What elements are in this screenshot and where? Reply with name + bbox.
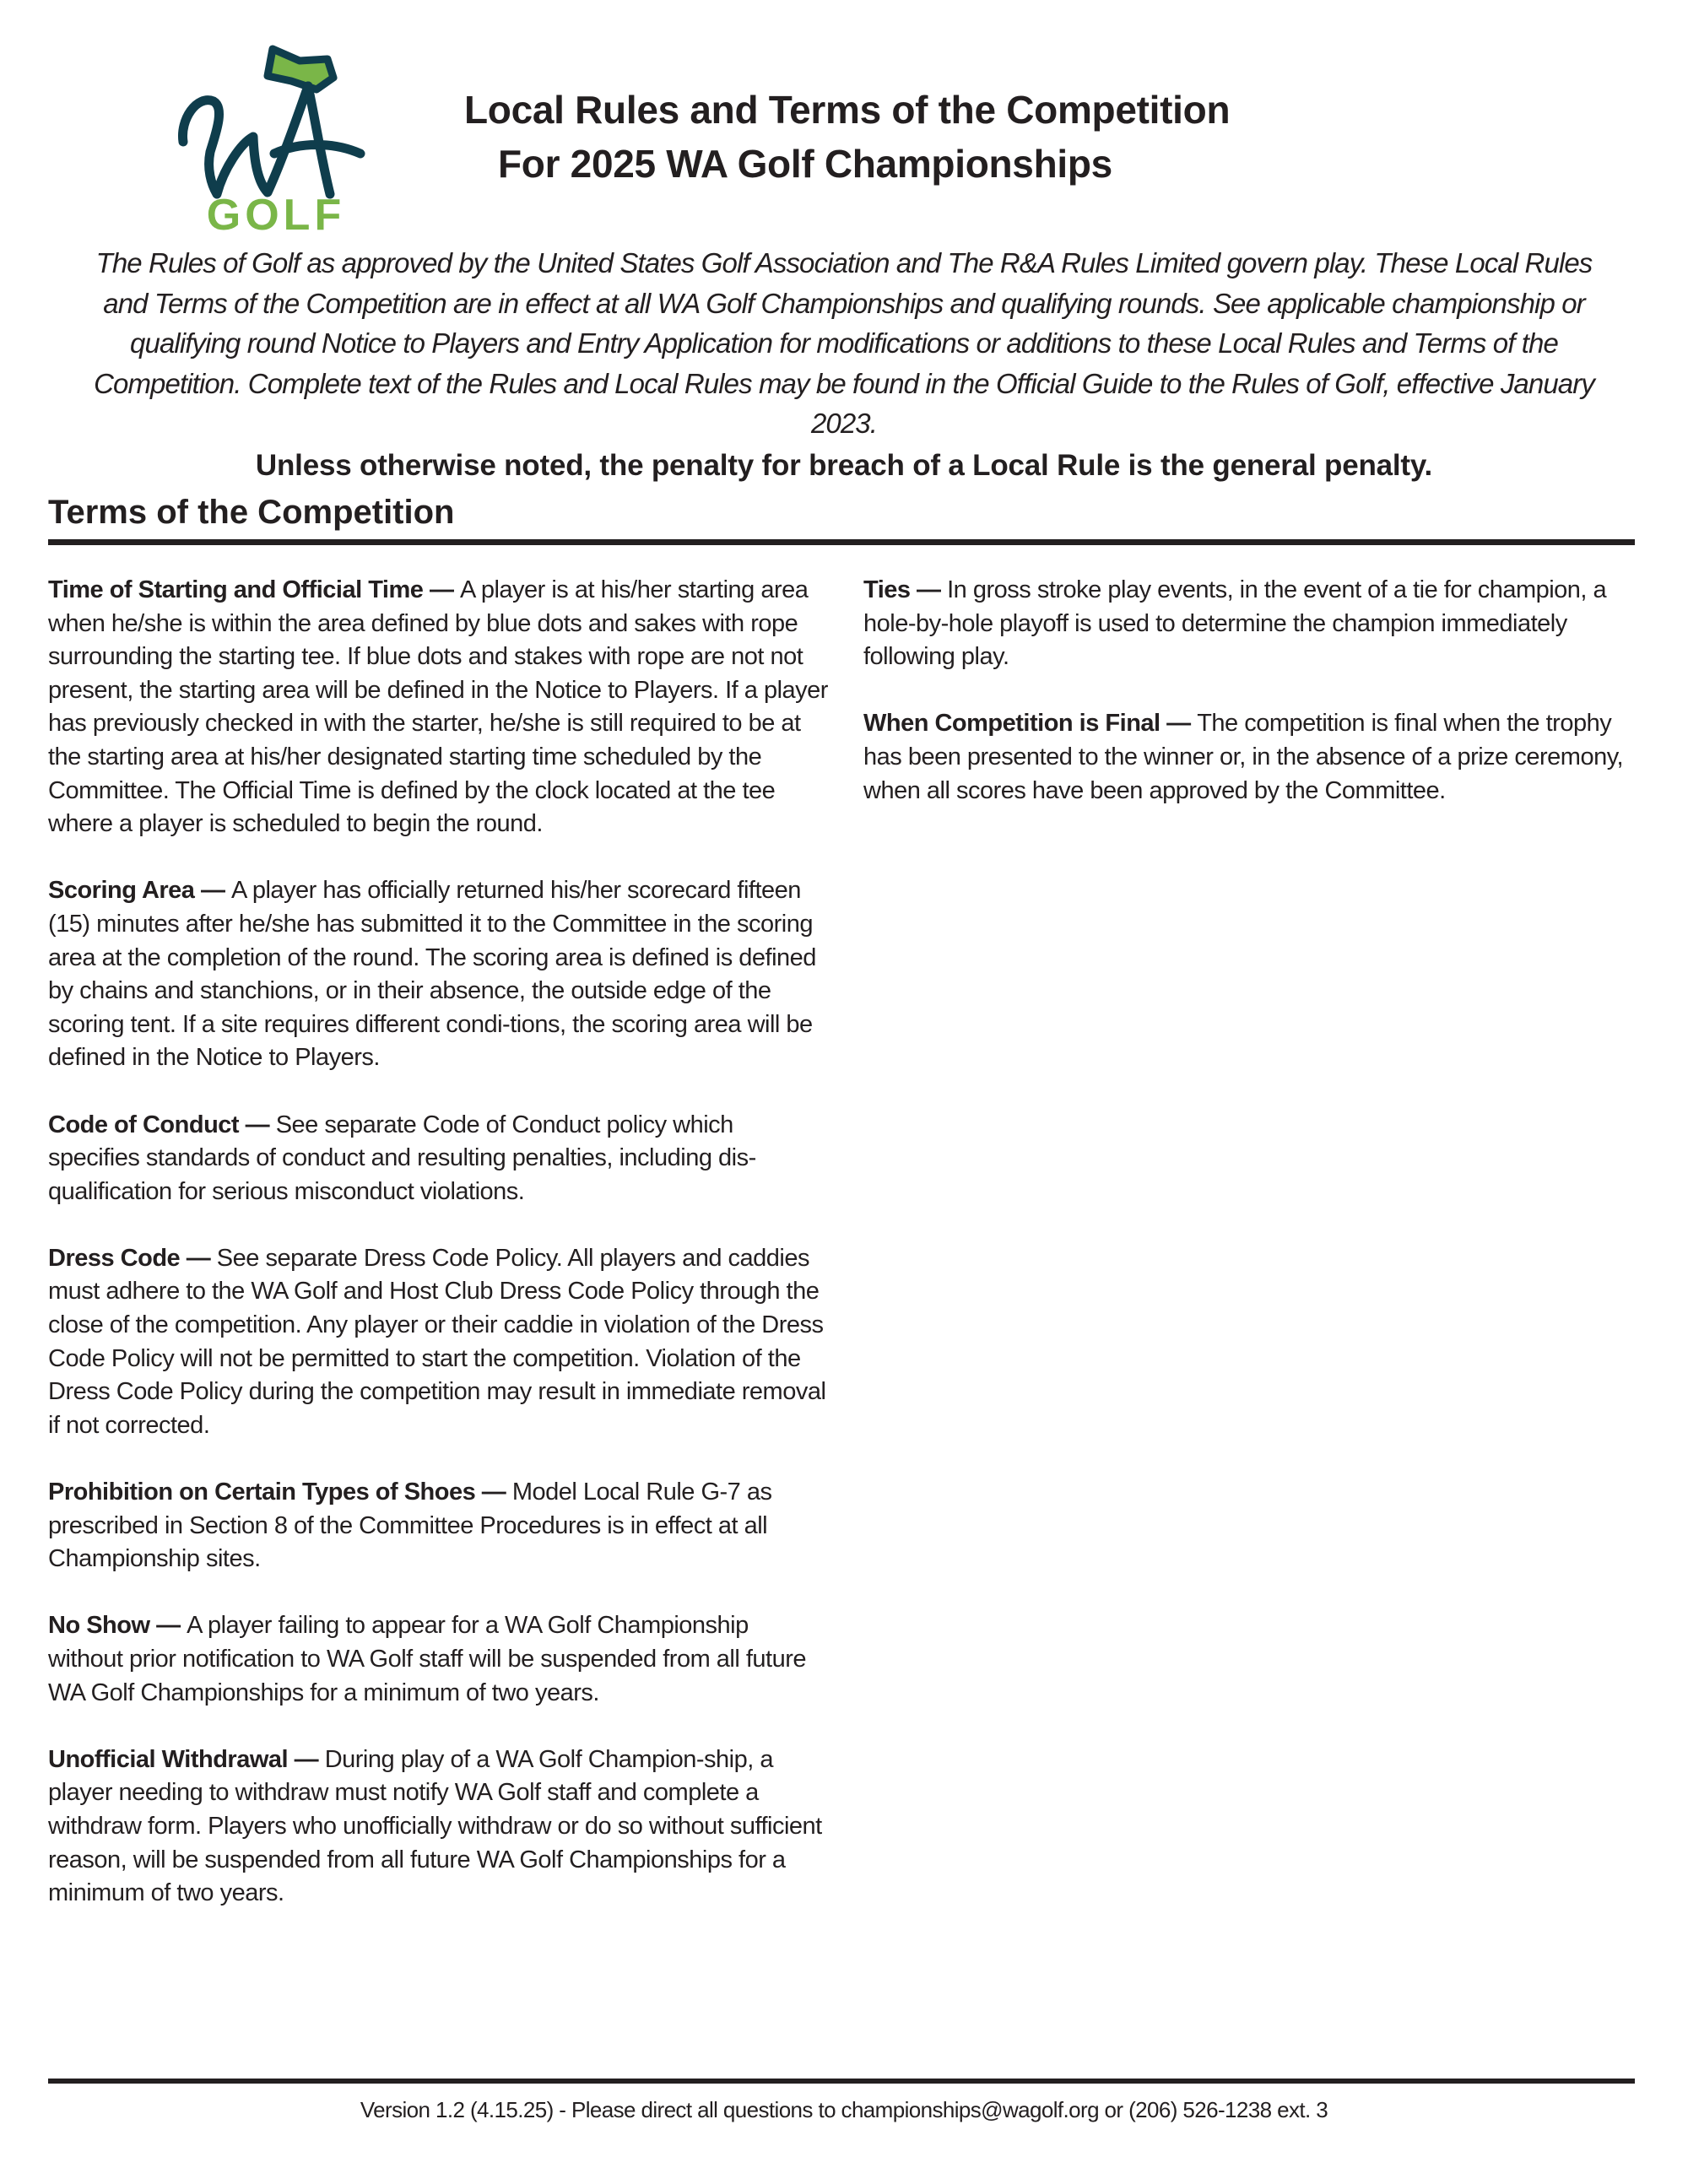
term-body: A player has officially returned his/her… — [48, 877, 816, 1071]
term-ties: Ties — In gross stroke play events, in t… — [863, 574, 1640, 674]
term-heading: Prohibition on Certain Types of Shoes — — [48, 1479, 512, 1506]
term-dress-code: Dress Code — See separate Dress Code Pol… — [48, 1242, 829, 1443]
term-heading: Ties — — [863, 576, 947, 603]
footer-divider — [48, 2079, 1635, 2084]
term-heading: When Competition is Final — — [863, 710, 1197, 737]
left-column: Time of Starting and Official Time — A p… — [48, 574, 829, 1943]
intro-paragraph: The Rules of Golf as approved by the Uni… — [89, 243, 1599, 444]
section-divider — [48, 539, 1635, 545]
term-heading: No Show — — [48, 1612, 187, 1639]
term-code-of-conduct: Code of Conduct — See separate Code of C… — [48, 1109, 829, 1209]
section-title: Terms of the Competition — [48, 489, 454, 535]
term-heading: Unofficial Withdrawal — — [48, 1746, 325, 1773]
footer-contact: Version 1.2 (4.15.25) - Please direct al… — [0, 2095, 1688, 2125]
term-competition-final: When Competition is Final — The competit… — [863, 707, 1640, 808]
wa-golf-logo-icon: GOLF — [173, 42, 380, 232]
term-body: See separate Dress Code Policy. All play… — [48, 1245, 825, 1439]
term-heading: Time of Starting and Official Time — — [48, 576, 460, 603]
term-body: In gross stroke play events, in the even… — [863, 576, 1606, 670]
term-no-show: No Show — A player failing to appear for… — [48, 1609, 829, 1710]
term-heading: Scoring Area — — [48, 877, 231, 904]
term-shoes: Prohibition on Certain Types of Shoes — … — [48, 1476, 829, 1576]
wa-golf-logo: GOLF — [173, 42, 380, 232]
term-heading: Code of Conduct — — [48, 1111, 276, 1138]
term-heading: Dress Code — — [48, 1245, 217, 1272]
term-time-of-starting: Time of Starting and Official Time — A p… — [48, 574, 829, 841]
term-body: A player is at his/her starting area whe… — [48, 576, 828, 837]
term-scoring-area: Scoring Area — A player has officially r… — [48, 874, 829, 1075]
title-line-1: Local Rules and Terms of the Competition — [464, 83, 1230, 137]
penalty-note: Unless otherwise noted, the penalty for … — [0, 445, 1688, 487]
right-column: Ties — In gross stroke play events, in t… — [863, 574, 1640, 841]
title-line-2: For 2025 WA Golf Championships — [498, 137, 1112, 191]
term-unofficial-withdrawal: Unofficial Withdrawal — During play of a… — [48, 1743, 829, 1911]
logo-golf-text: GOLF — [207, 191, 345, 232]
